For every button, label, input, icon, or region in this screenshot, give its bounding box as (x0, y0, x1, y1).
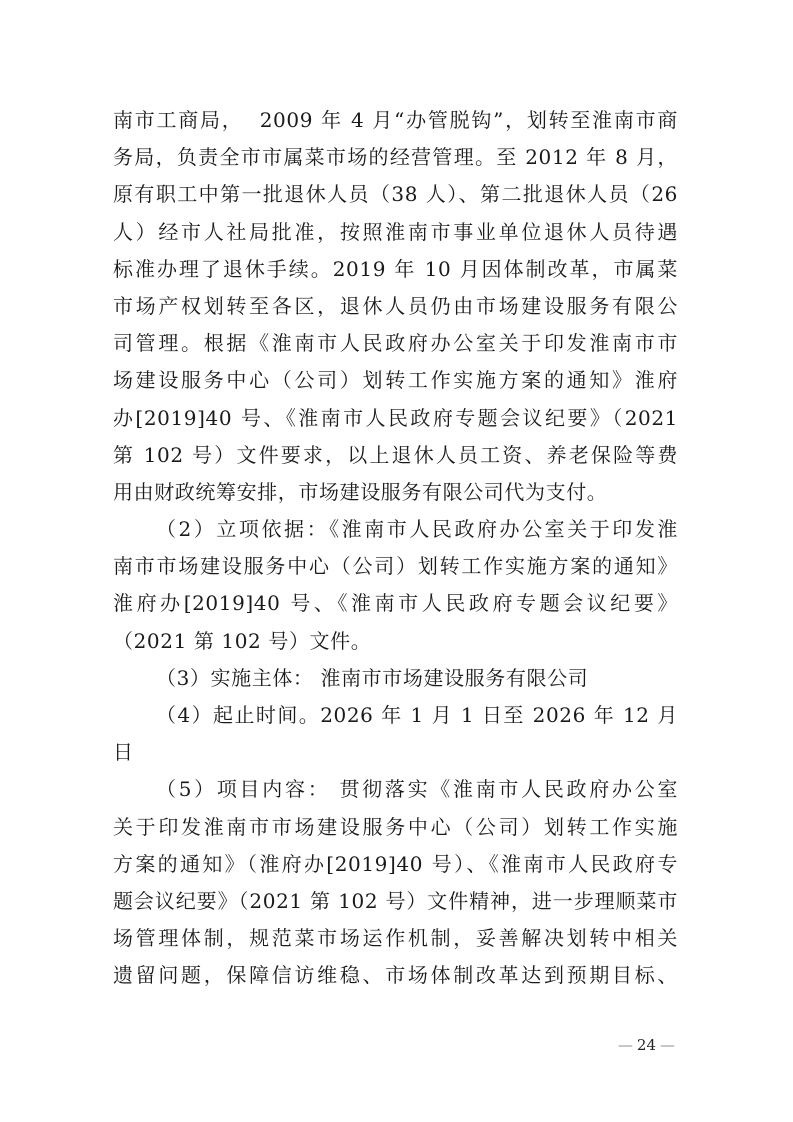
text-line: 市场产权划转至各区，退休人员仍由市场建设服务有限公 (113, 288, 678, 325)
paragraph: （5）项目内容： 贯彻落实《淮南市人民政府办公室关于印发淮南市市场建设服务中心（… (113, 771, 678, 994)
text-line: 用由财政统筹安排，市场建设服务有限公司代为支付。 (113, 474, 678, 511)
text-line: 人）经市人社局批准，按照淮南市事业单位退休人员待遇 (113, 214, 678, 251)
text-line: 方案的通知》（淮府办[2019]40 号）、《淮南市人民政府专 (113, 846, 678, 883)
text-line: 南市市场建设服务中心（公司）划转工作实施方案的通知》 (113, 548, 678, 585)
text-line: （3）实施主体： 淮南市市场建设服务有限公司 (113, 660, 678, 697)
text-line: 日 (113, 734, 678, 771)
paragraph: （2）立项依据：《淮南市人民政府办公室关于印发淮南市市场建设服务中心（公司）划转… (113, 511, 678, 660)
text-line: 题会议纪要》（2021 第 102 号）文件精神，进一步理顺菜市 (113, 883, 678, 920)
document-page: 南市工商局， 2009 年 4 月“办管脱钩”，划转至淮南市商务局，负责全市市属… (0, 0, 793, 1122)
text-line: （2）立项依据：《淮南市人民政府办公室关于印发淮 (113, 511, 678, 548)
paragraph: 南市工商局， 2009 年 4 月“办管脱钩”，划转至淮南市商务局，负责全市市属… (113, 102, 678, 511)
text-line: （5）项目内容： 贯彻落实《淮南市人民政府办公室 (113, 771, 678, 808)
text-line: （4）起止时间。2026 年 1 月 1 日至 2026 年 12 月 31 (113, 697, 678, 734)
text-line: 关于印发淮南市市场建设服务中心（公司）划转工作实施 (113, 809, 678, 846)
footer-dash-right: — (660, 1036, 675, 1054)
footer-dash-left: — (618, 1036, 633, 1054)
text-line: 淮府办[2019]40 号、《淮南市人民政府专题会议纪要》 (113, 585, 678, 622)
page-number: 24 (637, 1036, 656, 1054)
page-footer: —24— (618, 1037, 675, 1054)
text-line: 原有职工中第一批退休人员（38 人）、第二批退休人员（26 (113, 176, 678, 213)
paragraph: （4）起止时间。2026 年 1 月 1 日至 2026 年 12 月 31日 (113, 697, 678, 771)
text-line: 遗留问题，保障信访维稳、市场体制改革达到预期目标、 (113, 957, 678, 994)
text-line: 南市工商局， 2009 年 4 月“办管脱钩”，划转至淮南市商 (113, 102, 678, 139)
text-line: 场建设服务中心（公司）划转工作实施方案的通知》淮府 (113, 362, 678, 399)
text-line: （2021 第 102 号）文件。 (113, 623, 678, 660)
text-line: 第 102 号）文件要求，以上退休人员工资、养老保险等费 (113, 437, 678, 474)
paragraph: （3）实施主体： 淮南市市场建设服务有限公司 (113, 660, 678, 697)
text-line: 务局，负责全市市属菜市场的经营管理。至 2012 年 8 月， (113, 139, 678, 176)
text-line: 标准办理了退休手续。2019 年 10 月因体制改革，市属菜 (113, 251, 678, 288)
text-line: 司管理。根据《淮南市人民政府办公室关于印发淮南市市 (113, 325, 678, 362)
text-line: 场管理体制，规范菜市场运作机制，妥善解决划转中相关 (113, 920, 678, 957)
document-text: 南市工商局， 2009 年 4 月“办管脱钩”，划转至淮南市商务局，负责全市市属… (113, 102, 678, 995)
text-line: 办[2019]40 号、《淮南市人民政府专题会议纪要》（2021 (113, 400, 678, 437)
